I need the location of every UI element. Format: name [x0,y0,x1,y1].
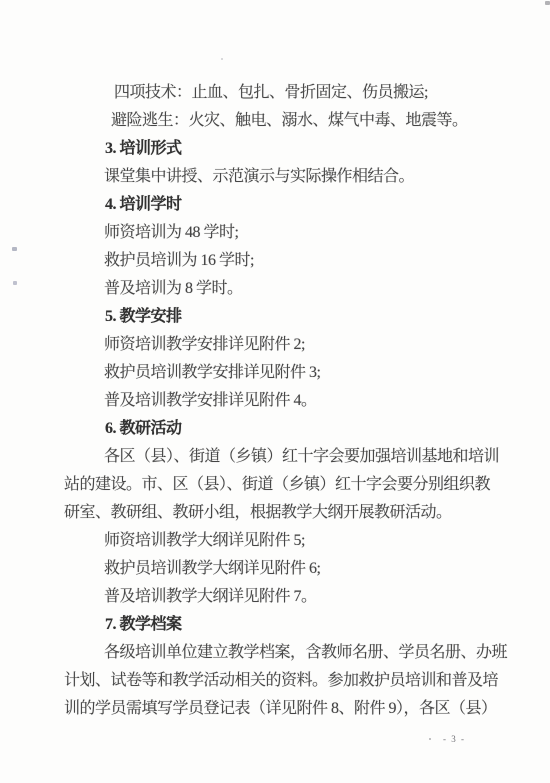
text-line: 救护员培训教学安排详见附件 3; [64,359,524,387]
section-heading: 6. 教研活动 [64,415,524,443]
scan-speck [221,58,223,60]
text-line: 训的学员需填写学员登记表（详见附件 8、附件 9），各区（县） [64,695,524,723]
text-line: 普及培训为 8 学时。 [64,275,524,303]
text-line: 课堂集中讲授、示范演示与实际操作相结合。 [64,163,524,191]
text-line: 站的建设。市、区（县）、街道（乡镇）红十字会要分别组织教 [64,471,524,499]
text-line: 普及培训教学大纲详见附件 7。 [64,583,524,611]
text-line: 避险逃生：火灾、触电、溺水、煤气中毒、地震等。 [64,107,524,135]
scan-speck [545,1,550,5]
text-line: 救护员培训为 16 学时; [64,247,524,275]
section-heading: 5. 教学安排 [64,303,524,331]
section-heading: 7. 教学档案 [64,611,524,639]
text-line: 四项技术：止血、包扎、骨折固定、伤员搬运; [64,79,524,107]
scan-speck [12,247,17,251]
document-page: 四项技术：止血、包扎、骨折固定、伤员搬运;避险逃生：火灾、触电、溺水、煤气中毒、… [0,0,550,783]
text-line: 各区（县）、街道（乡镇）红十字会要加强培训基地和培训 [64,443,524,471]
scan-speck [13,281,17,285]
section-heading: 4. 培训学时 [64,191,524,219]
text-line: 师资培训教学安排详见附件 2; [64,331,524,359]
text-line: 各级培训单位建立教学档案，含教师名册、学员名册、办班 [64,639,524,667]
scan-speck [429,738,431,740]
text-line: 计划、试卷等和教学活动相关的资料。参加救护员培训和普及培 [64,667,524,695]
text-line: 普及培训教学安排详见附件 4。 [64,387,524,415]
page-number: - 3 - [443,734,466,744]
text-line: 救护员培训教学大纲详见附件 6; [64,555,524,583]
text-line: 师资培训为 48 学时; [64,219,524,247]
text-line: 研室、教研组、教研小组，根据教学大纲开展教研活动。 [64,499,524,527]
section-heading: 3. 培训形式 [64,135,524,163]
document-body: 四项技术：止血、包扎、骨折固定、伤员搬运;避险逃生：火灾、触电、溺水、煤气中毒、… [64,79,524,723]
text-line: 师资培训教学大纲详见附件 5; [64,527,524,555]
